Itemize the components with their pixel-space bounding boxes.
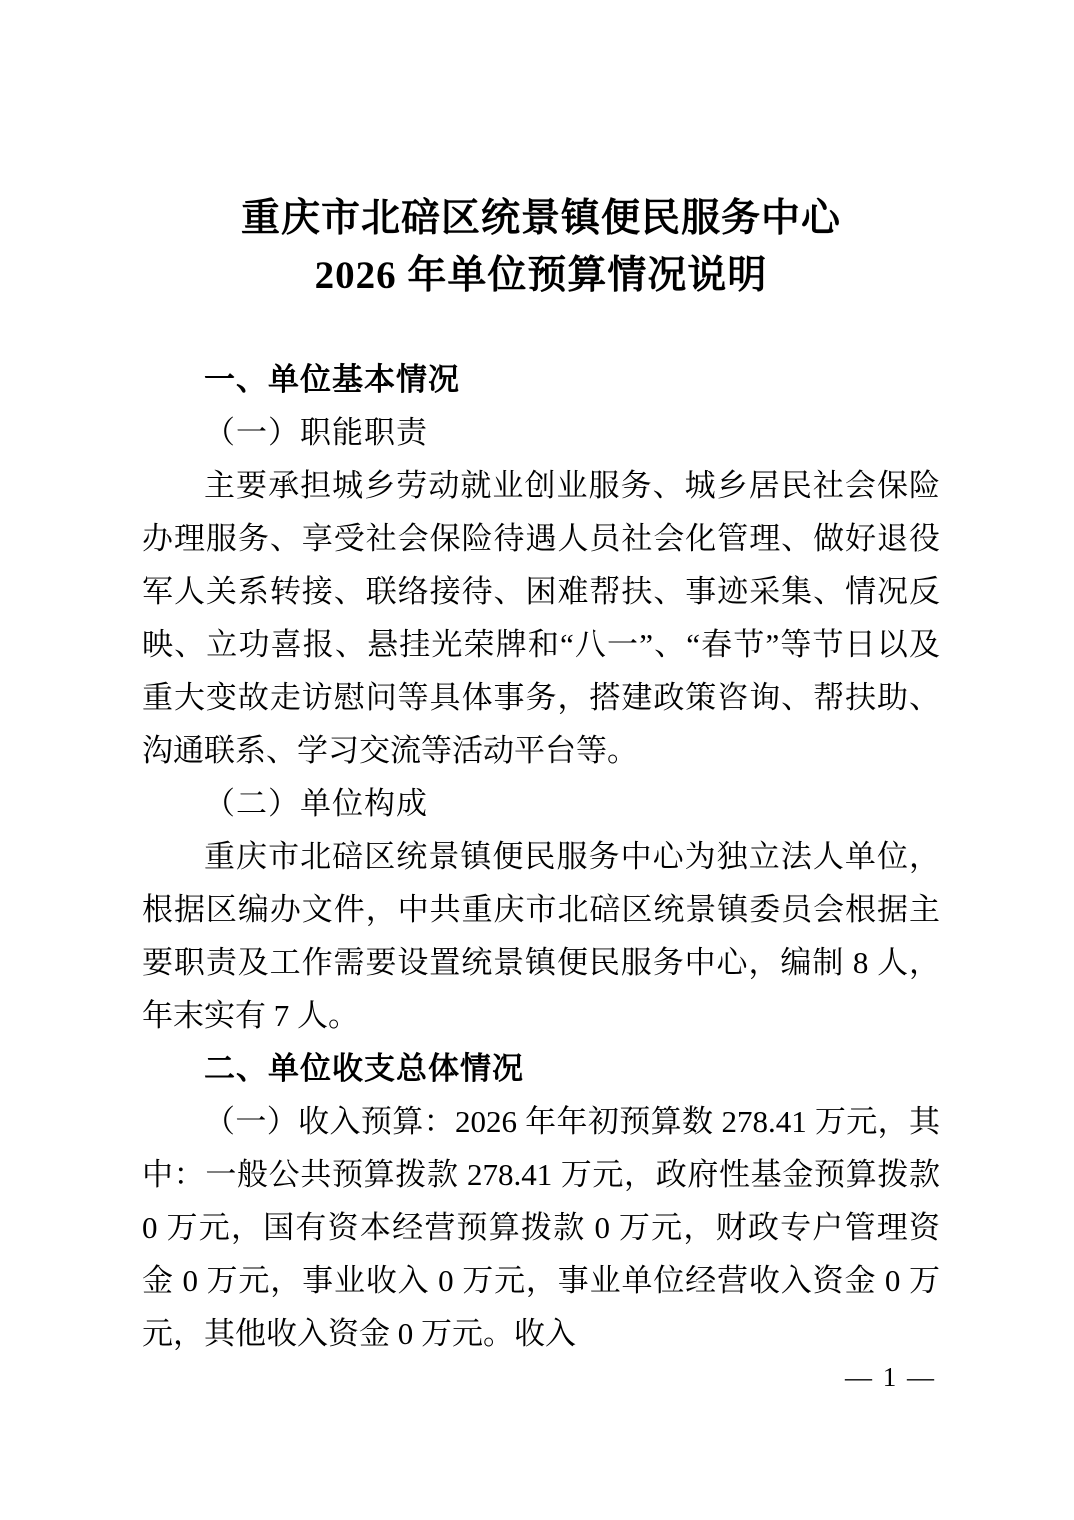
document-title: 重庆市北碚区统景镇便民服务中心 2026 年单位预算情况说明 bbox=[142, 190, 940, 304]
paragraph-functions-duties: 主要承担城乡劳动就业创业服务、城乡居民社会保险办理服务、享受社会保险待遇人员社会… bbox=[142, 459, 940, 777]
section-heading-unit-basic-info: 一、单位基本情况 bbox=[142, 353, 940, 406]
paragraph-income-budget: （一）收入预算：2026 年年初预算数 278.41 万元，其中：一般公共预算拨… bbox=[142, 1095, 940, 1360]
section-heading-revenue-expenditure-overview: 二、单位收支总体情况 bbox=[142, 1042, 940, 1095]
document-title-line-1: 重庆市北碚区统景镇便民服务中心 bbox=[142, 190, 940, 247]
document-title-line-2: 2026 年单位预算情况说明 bbox=[142, 247, 940, 304]
subsection-heading-unit-composition: （二）单位构成 bbox=[142, 777, 940, 830]
subsection-heading-functions-duties: （一）职能职责 bbox=[142, 406, 940, 459]
document-body: 一、单位基本情况 （一）职能职责 主要承担城乡劳动就业创业服务、城乡居民社会保险… bbox=[142, 353, 940, 1360]
paragraph-unit-composition: 重庆市北碚区统景镇便民服务中心为独立法人单位，根据区编办文件，中共重庆市北碚区统… bbox=[142, 830, 940, 1042]
page-number: — 1 — bbox=[845, 1360, 936, 1394]
document-page: 重庆市北碚区统景镇便民服务中心 2026 年单位预算情况说明 一、单位基本情况 … bbox=[0, 0, 1074, 1520]
